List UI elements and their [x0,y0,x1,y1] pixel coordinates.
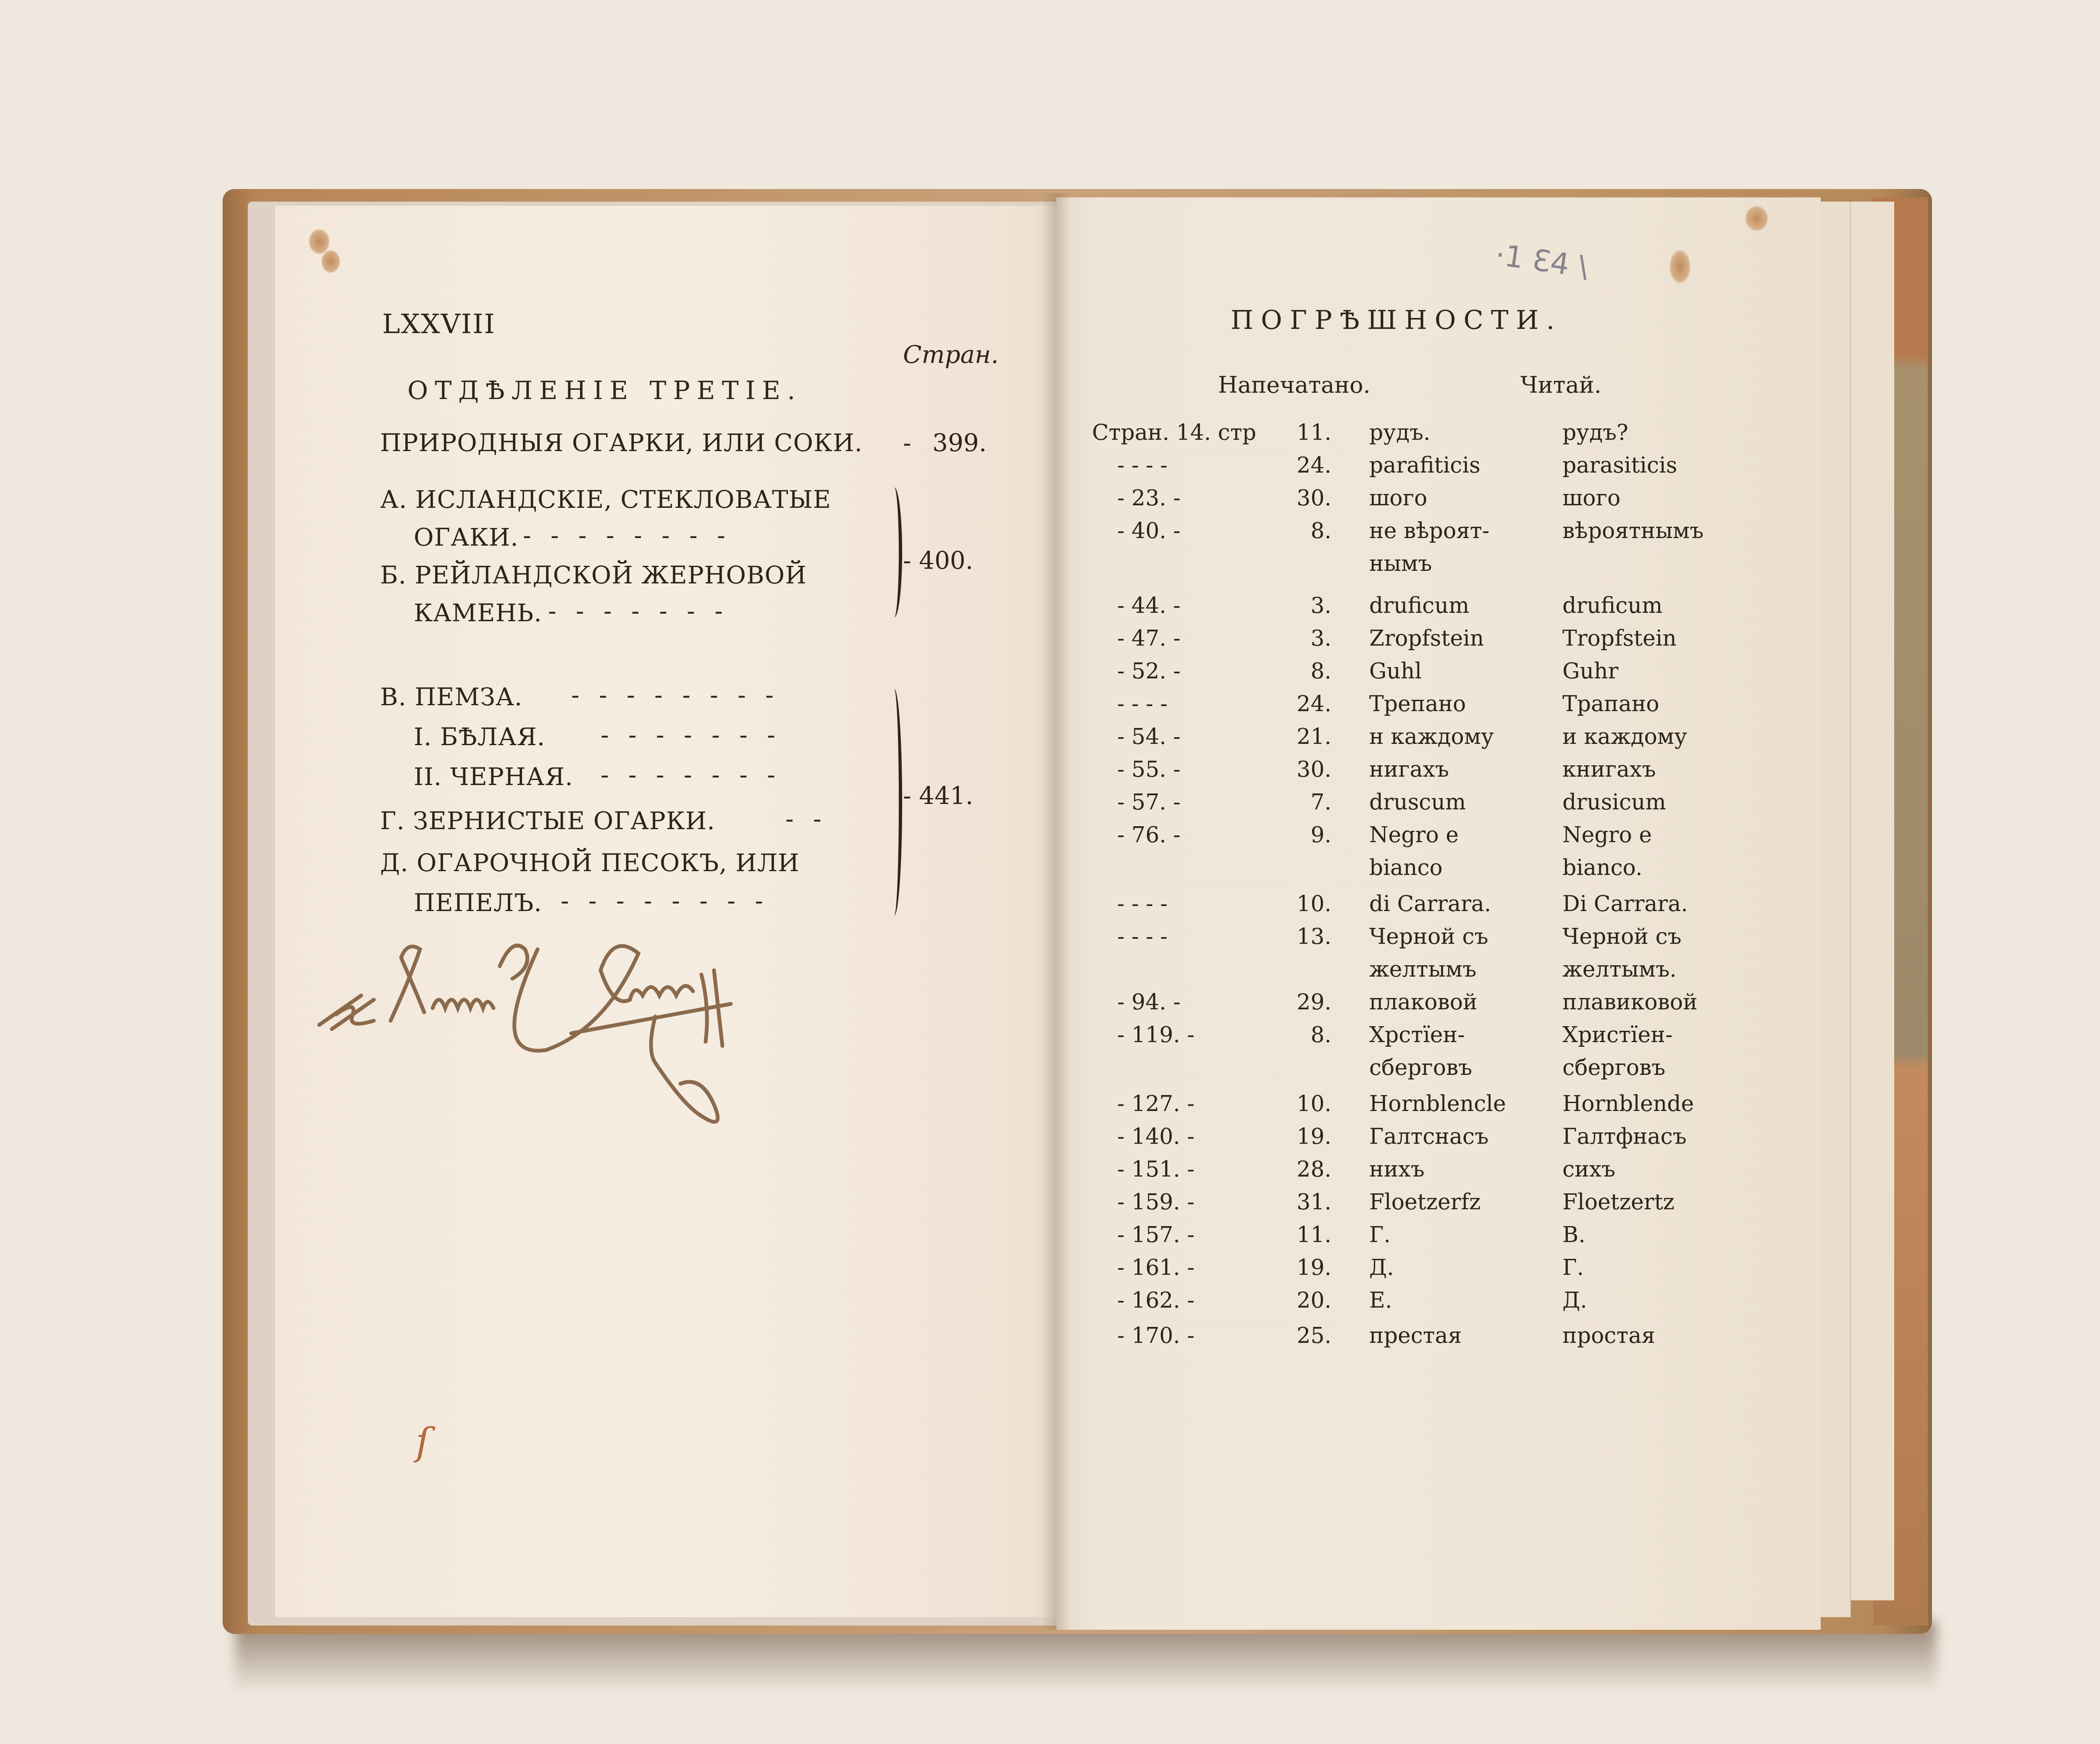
foxing-stain [309,229,330,254]
errata-row: - 52. -8.GuhlGuhr [0,659,2100,692]
errata-row: Стран. 14. стр11.рудъ.рудъ? [0,420,2100,454]
errata-cell-read: parasiticis [1562,453,1677,478]
errata-row: - 40. -8.не вѣроят-вѣроятнымъ [0,518,2100,552]
foxing-stain [1669,250,1690,284]
errata-cell-printed: bianco [1369,855,1443,880]
errata-cell-line: 10. [1281,1091,1331,1116]
errata-row: - 47. -3.ZropfsteinTropfstein [0,626,2100,659]
errata-cell-line: 8. [1281,659,1331,684]
errata-cell-read: Д. [1562,1288,1587,1313]
errata-cell-line: 20. [1281,1288,1331,1313]
errata-cell-page: - 162. - [1117,1288,1194,1313]
foxing-stain [321,250,340,273]
errata-cell-read: Г. [1562,1255,1584,1280]
errata-cell-line: 28. [1281,1157,1331,1182]
errata-cell-page: - - - - [1117,924,1168,949]
errata-row: - - - -13.Черной съЧерной съ [0,924,2100,958]
section-heading: ОТДѢЛЕНІЕ ТРЕТІЕ. [407,376,802,405]
errata-cell-page: - - - - [1117,691,1168,717]
errata-cell-read: сихъ [1562,1157,1615,1182]
errata-row: - 140. -19.ГалтснасъГалтфнасъ [0,1124,2100,1158]
errata-cell-printed: Zropfstein [1369,626,1484,651]
errata-cell-page: - - - - [1117,453,1168,478]
errata-cell-read: Negro e [1562,822,1652,848]
errata-cell-read: рудъ? [1562,420,1628,445]
errata-cell-page: - 55. - [1117,757,1181,782]
errata-cell-line: 13. [1281,924,1331,949]
errata-cell-line: 19. [1281,1124,1331,1149]
errata-cell-line: 8. [1281,518,1331,544]
errata-row: - 94. -29.плаковойплавиковой [0,990,2100,1023]
errata-cell-read: druficum [1562,593,1662,618]
errata-cell-printed: рудъ. [1369,420,1431,445]
errata-cell-line: 30. [1281,757,1331,782]
errata-cell-printed: Д. [1369,1255,1394,1280]
errata-cell-page: - 119. - [1117,1022,1194,1048]
errata-row: - 44. -3.druficumdruficum [0,593,2100,627]
errata-cell-printed: нымъ [1369,551,1432,576]
errata-cell-printed: Е. [1369,1288,1392,1313]
errata-row: - 127. -10.HornblencleHornblende [0,1091,2100,1125]
errata-cell-read: Трапано [1562,691,1659,717]
errata-cell-printed: сберговъ [1369,1055,1472,1080]
errata-row: - 157. -11.Г.В. [0,1222,2100,1256]
errata-cell-line: 19. [1281,1255,1331,1280]
errata-cell-line: 11. [1281,1222,1331,1248]
errata-cell-printed: druficum [1369,593,1469,618]
errata-cell-line: 8. [1281,1022,1331,1048]
errata-cell-line: 24. [1281,691,1331,717]
errata-cell-read: drusicum [1562,790,1666,815]
page-column-label: Стран. [903,340,999,369]
errata-cell-printed: шого [1369,486,1427,511]
errata-row: - - - -24.ТрепаноТрапано [0,691,2100,725]
errata-cell-line: 3. [1281,593,1331,618]
errata-row: - 151. -28.нихъсихъ [0,1157,2100,1190]
errata-cell-printed: druscum [1369,790,1466,815]
errata-row: - 57. -7.druscumdrusicum [0,790,2100,823]
errata-cell-page: - 94. - [1117,990,1181,1015]
errata-cell-read: и каждому [1562,724,1687,749]
errata-row: сберговъсберговъ [0,1055,2100,1089]
errata-cell-page: - 44. - [1117,593,1181,618]
errata-cell-line: 21. [1281,724,1331,749]
errata-cell-read: простая [1562,1323,1655,1348]
errata-cell-line: 11. [1281,420,1331,445]
errata-cell-printed: Hornblencle [1369,1091,1506,1116]
errata-cell-page: - 140. - [1117,1124,1194,1149]
errata-cell-read: Hornblende [1562,1091,1694,1116]
errata-cell-printed: желтымъ [1369,957,1476,982]
errata-cell-read: Галтфнасъ [1562,1124,1687,1149]
errata-cell-printed: Г. [1369,1222,1391,1248]
errata-cell-printed: Хрстїен- [1369,1022,1465,1048]
errata-row: - 23. -30.шогошого [0,486,2100,519]
errata-cell-line: 24. [1281,453,1331,478]
errata-cell-printed: нихъ [1369,1157,1425,1182]
errata-cell-page: - 161. - [1117,1255,1194,1280]
errata-row: - 54. -21.н каждомуи каждому [0,724,2100,758]
errata-cell-line: 29. [1281,990,1331,1015]
errata-cell-printed: Галтснасъ [1369,1124,1488,1149]
errata-cell-line: 9. [1281,822,1331,848]
errata-cell-printed: Floetzerfz [1369,1190,1480,1215]
errata-cell-page: - 23. - [1117,486,1181,511]
errata-cell-printed: плаковой [1369,990,1478,1015]
errata-row: - 55. -30.нигахъкнигахъ [0,757,2100,791]
errata-cell-read: вѣроятнымъ [1562,518,1704,544]
column-header-read: Читай. [1520,372,1601,398]
errata-cell-page: - 40. - [1117,518,1181,544]
column-header-printed: Напечатано. [1218,372,1370,398]
errata-cell-read: Floetzertz [1562,1190,1675,1215]
errata-cell-page: - 47. - [1117,626,1181,651]
errata-cell-page: - 57. - [1117,790,1181,815]
errata-row: - 159. -31.FloetzerfzFloetzertz [0,1190,2100,1223]
errata-cell-read: сберговъ [1562,1055,1665,1080]
foxing-stain [1745,206,1768,231]
errata-row: - 161. -19.Д.Г. [0,1255,2100,1289]
errata-row: желтымъжелтымъ. [0,957,2100,990]
errata-cell-printed: Черной съ [1369,924,1488,949]
errata-row: - 162. -20.Е.Д. [0,1288,2100,1321]
errata-cell-read: Tropfstein [1562,626,1677,651]
errata-row: - 170. -25.престаяпростая [0,1323,2100,1357]
errata-cell-printed: престая [1369,1323,1462,1348]
errata-cell-printed: н каждому [1369,724,1494,749]
errata-cell-line: 7. [1281,790,1331,815]
errata-cell-page: Стран. 14. стр [1092,420,1256,445]
errata-cell-printed: Negro e [1369,822,1459,848]
errata-cell-page: - 76. - [1117,822,1181,848]
errata-cell-page: - 54. - [1117,724,1181,749]
errata-cell-page: - 170. - [1117,1323,1194,1348]
errata-cell-page: - 151. - [1117,1157,1194,1182]
errata-cell-read: Черной съ [1562,924,1682,949]
errata-cell-printed: parafiticis [1369,453,1480,478]
errata-cell-line: 25. [1281,1323,1331,1348]
errata-cell-line: 30. [1281,486,1331,511]
errata-cell-read: Христїен- [1562,1022,1673,1048]
errata-cell-page: - 157. - [1117,1222,1194,1248]
errata-cell-line: 3. [1281,626,1331,651]
errata-cell-printed: нигахъ [1369,757,1449,782]
errata-cell-read: шого [1562,486,1620,511]
errata-cell-read: Guhr [1562,659,1618,684]
errata-cell-read: книгахъ [1562,757,1656,782]
errata-row: - 119. -8.Хрстїен-Христїен- [0,1022,2100,1056]
errata-cell-page: - 127. - [1117,1091,1194,1116]
errata-cell-page: - 159. - [1117,1190,1194,1215]
errata-cell-page: - 52. - [1117,659,1181,684]
errata-cell-read: bianco. [1562,855,1642,880]
margin-ink-mark: ſ [416,1420,430,1464]
page-number-roman: LXXVIII [382,309,496,340]
errata-cell-read: желтымъ. [1562,957,1677,982]
errata-row: biancobianco. [0,855,2100,889]
errata-cell-read: плавиковой [1562,990,1698,1015]
errata-cell-read: В. [1562,1222,1585,1248]
errata-cell-printed: Трепано [1369,691,1466,717]
errata-row: - - - -24.parafiticisparasiticis [0,453,2100,486]
errata-cell-line: 10. [1281,891,1331,917]
errata-cell-page: - - - - [1117,891,1168,917]
errata-row: - 76. -9.Negro eNegro e [0,822,2100,856]
errata-cell-line: 31. [1281,1190,1331,1215]
errata-cell-printed: не вѣроят- [1369,518,1489,544]
errata-cell-read: Di Carrara. [1562,891,1688,917]
errata-row: нымъ [0,551,2100,585]
errata-title: ПОГРѢШНОСТИ. [1231,305,1562,335]
errata-row: - - - -10.di Carrara.Di Carrara. [0,891,2100,925]
errata-cell-printed: Guhl [1369,659,1422,684]
errata-cell-printed: di Carrara. [1369,891,1491,917]
